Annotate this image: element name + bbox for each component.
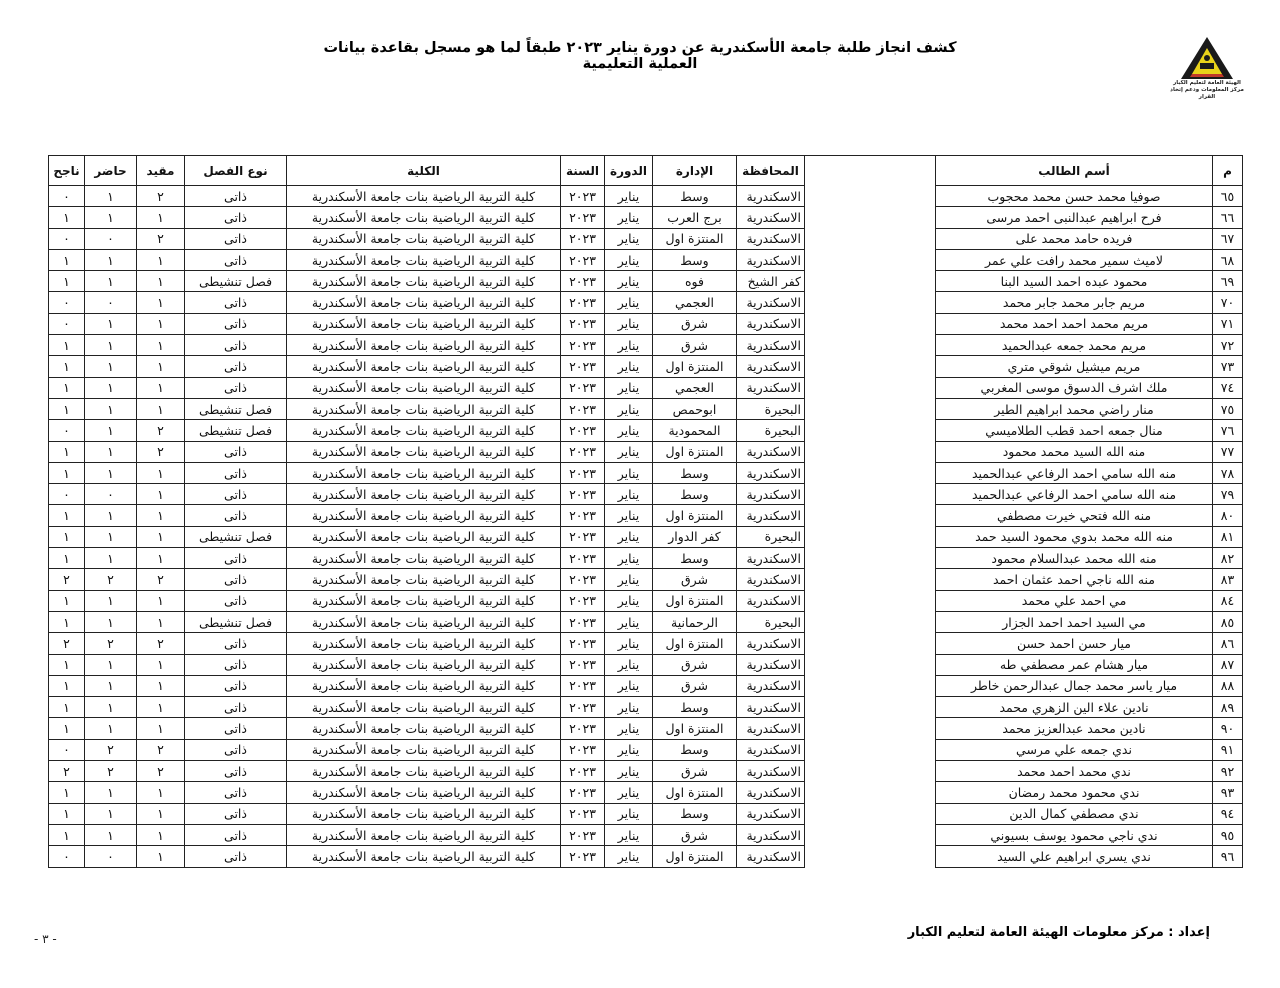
enrolled-count: ١ <box>137 207 185 228</box>
enrolled-count: ٢ <box>137 761 185 782</box>
year: ٢٠٢٣ <box>561 803 605 824</box>
table-row: ٦٨لاميث سمير محمد رافت علي عمرالاسكندرية… <box>49 249 1243 270</box>
administration: المنتزة اول <box>653 633 737 654</box>
class-type: فصل تنشيطى <box>185 526 287 547</box>
governorate: الاسكندرية <box>737 739 805 760</box>
college: كلية التربية الرياضية بنات جامعة الأسكند… <box>287 718 561 739</box>
governorate: البحيرة <box>737 398 805 419</box>
administration: وسط <box>653 548 737 569</box>
enrolled-count: ١ <box>137 249 185 270</box>
enrolled-count: ١ <box>137 803 185 824</box>
session: يناير <box>605 186 653 207</box>
present-count: ١ <box>85 249 137 270</box>
class-type: ذاتى <box>185 462 287 483</box>
table-row: ٩٤ندي مصطفي كمال الدينالاسكندريةوسطيناير… <box>49 803 1243 824</box>
row-num: ٨٣ <box>1213 569 1243 590</box>
class-type: فصل تنشيطى <box>185 420 287 441</box>
present-count: ٠ <box>85 228 137 249</box>
administration: وسط <box>653 462 737 483</box>
row-num: ٩٥ <box>1213 824 1243 845</box>
college: كلية التربية الرياضية بنات جامعة الأسكند… <box>287 377 561 398</box>
year: ٢٠٢٣ <box>561 526 605 547</box>
class-type: ذاتى <box>185 484 287 505</box>
session: يناير <box>605 675 653 696</box>
governorate: الاسكندرية <box>737 335 805 356</box>
college: كلية التربية الرياضية بنات جامعة الأسكند… <box>287 313 561 334</box>
student-name: مريم محمد جمعه عبدالحميد <box>936 335 1213 356</box>
blank-cell <box>805 739 936 760</box>
col-header-college: الكلية <box>287 156 561 186</box>
year: ٢٠٢٣ <box>561 718 605 739</box>
session: يناير <box>605 249 653 270</box>
row-num: ٧٢ <box>1213 335 1243 356</box>
student-name: منه الله محمد عبدالسلام محمود <box>936 548 1213 569</box>
governorate: الاسكندرية <box>737 228 805 249</box>
session: يناير <box>605 356 653 377</box>
table-row: ٦٦فرح ابراهيم عبدالنبى احمد مرسىالاسكندر… <box>49 207 1243 228</box>
governorate: الاسكندرية <box>737 803 805 824</box>
year: ٢٠٢٣ <box>561 420 605 441</box>
blank-cell <box>805 761 936 782</box>
blank-cell <box>805 633 936 654</box>
present-count: ١ <box>85 590 137 611</box>
table-row: ٩١ندي جمعه علي مرسيالاسكندريةوسطيناير٢٠٢… <box>49 739 1243 760</box>
table-row: ٨٨ميار ياسر محمد جمال عبدالرحمن خاطرالاس… <box>49 675 1243 696</box>
row-num: ٨٦ <box>1213 633 1243 654</box>
blank-cell <box>805 292 936 313</box>
college: كلية التربية الرياضية بنات جامعة الأسكند… <box>287 271 561 292</box>
student-name: ندي جمعه علي مرسي <box>936 739 1213 760</box>
administration: المنتزة اول <box>653 356 737 377</box>
college: كلية التربية الرياضية بنات جامعة الأسكند… <box>287 569 561 590</box>
student-name: ندي محمود محمد رمضان <box>936 782 1213 803</box>
row-num: ٧٩ <box>1213 484 1243 505</box>
college: كلية التربية الرياضية بنات جامعة الأسكند… <box>287 824 561 845</box>
student-name: منه الله فتحي خيرت مصطفي <box>936 505 1213 526</box>
class-type: ذاتى <box>185 675 287 696</box>
administration: وسط <box>653 803 737 824</box>
enrolled-count: ١ <box>137 782 185 803</box>
administration: شرق <box>653 675 737 696</box>
governorate: الاسكندرية <box>737 292 805 313</box>
governorate: البحيرة <box>737 611 805 632</box>
row-num: ٩٢ <box>1213 761 1243 782</box>
class-type: ذاتى <box>185 633 287 654</box>
present-count: ١ <box>85 462 137 483</box>
col-header-session: الدورة <box>605 156 653 186</box>
enrolled-count: ٢ <box>137 228 185 249</box>
present-count: ١ <box>85 207 137 228</box>
col-header-name: أسم الطالب <box>936 156 1213 186</box>
present-count: ١ <box>85 548 137 569</box>
administration: المنتزة اول <box>653 505 737 526</box>
blank-cell <box>805 824 936 845</box>
administration: العجمي <box>653 377 737 398</box>
year: ٢٠٢٣ <box>561 611 605 632</box>
row-num: ٧٦ <box>1213 420 1243 441</box>
student-name: ندي ناجي محمود يوسف بسيوني <box>936 824 1213 845</box>
present-count: ١ <box>85 313 137 334</box>
student-name: ندي محمد احمد محمد <box>936 761 1213 782</box>
year: ٢٠٢٣ <box>561 207 605 228</box>
enrolled-count: ١ <box>137 335 185 356</box>
passed-count: ١ <box>49 377 85 398</box>
session: يناير <box>605 697 653 718</box>
college: كلية التربية الرياضية بنات جامعة الأسكند… <box>287 186 561 207</box>
enrolled-count: ١ <box>137 654 185 675</box>
session: يناير <box>605 526 653 547</box>
college: كلية التربية الرياضية بنات جامعة الأسكند… <box>287 590 561 611</box>
row-num: ٧٠ <box>1213 292 1243 313</box>
administration: المنتزة اول <box>653 782 737 803</box>
college: كلية التربية الرياضية بنات جامعة الأسكند… <box>287 228 561 249</box>
row-num: ٧٨ <box>1213 462 1243 483</box>
session: يناير <box>605 271 653 292</box>
year: ٢٠٢٣ <box>561 761 605 782</box>
college: كلية التربية الرياضية بنات جامعة الأسكند… <box>287 462 561 483</box>
present-count: ١ <box>85 782 137 803</box>
table-row: ٧٠مريم جابر محمد جابر محمدالاسكندريةالعج… <box>49 292 1243 313</box>
table-row: ٦٧فريده حامد محمد علىالاسكندريةالمنتزة ا… <box>49 228 1243 249</box>
student-name: نادين علاء الين الزهري محمد <box>936 697 1213 718</box>
college: كلية التربية الرياضية بنات جامعة الأسكند… <box>287 761 561 782</box>
table-header-row: م أسم الطالب المحافظة الإدارة الدورة الس… <box>49 156 1243 186</box>
enrolled-count: ٢ <box>137 186 185 207</box>
class-type: فصل تنشيطى <box>185 611 287 632</box>
session: يناير <box>605 228 653 249</box>
administration: شرق <box>653 335 737 356</box>
year: ٢٠٢٣ <box>561 654 605 675</box>
session: يناير <box>605 803 653 824</box>
year: ٢٠٢٣ <box>561 186 605 207</box>
present-count: ٢ <box>85 569 137 590</box>
student-name: منال جمعه احمد قطب الطلاميسي <box>936 420 1213 441</box>
row-num: ٨٤ <box>1213 590 1243 611</box>
passed-count: ٠ <box>49 484 85 505</box>
year: ٢٠٢٣ <box>561 441 605 462</box>
class-type: ذاتى <box>185 313 287 334</box>
student-name: منه الله السيد محمد محمود <box>936 441 1213 462</box>
student-name: ملك اشرف الدسوق موسى المغربي <box>936 377 1213 398</box>
year: ٢٠٢٣ <box>561 675 605 696</box>
year: ٢٠٢٣ <box>561 377 605 398</box>
administration: وسط <box>653 697 737 718</box>
table-row: ٧٥منار راضي محمد ابراهيم الطيرالبحيرةابو… <box>49 398 1243 419</box>
college: كلية التربية الرياضية بنات جامعة الأسكند… <box>287 697 561 718</box>
class-type: ذاتى <box>185 548 287 569</box>
year: ٢٠٢٣ <box>561 335 605 356</box>
passed-count: ٠ <box>49 846 85 867</box>
present-count: ١ <box>85 398 137 419</box>
student-name: منار راضي محمد ابراهيم الطير <box>936 398 1213 419</box>
present-count: ١ <box>85 505 137 526</box>
row-num: ٦٩ <box>1213 271 1243 292</box>
enrolled-count: ١ <box>137 462 185 483</box>
college: كلية التربية الرياضية بنات جامعة الأسكند… <box>287 654 561 675</box>
blank-cell <box>805 335 936 356</box>
college: كلية التربية الرياضية بنات جامعة الأسكند… <box>287 548 561 569</box>
table-row: ٨٤مي احمد علي محمدالاسكندريةالمنتزة اولي… <box>49 590 1243 611</box>
present-count: ١ <box>85 271 137 292</box>
passed-count: ١ <box>49 654 85 675</box>
administration: شرق <box>653 313 737 334</box>
present-count: ٠ <box>85 292 137 313</box>
college: كلية التربية الرياضية بنات جامعة الأسكند… <box>287 292 561 313</box>
table-row: ٩٢ندي محمد احمد محمدالاسكندريةشرقيناير٢٠… <box>49 761 1243 782</box>
session: يناير <box>605 548 653 569</box>
col-header-passed: ناجح <box>49 156 85 186</box>
year: ٢٠٢٣ <box>561 228 605 249</box>
class-type: ذاتى <box>185 761 287 782</box>
enrolled-count: ١ <box>137 526 185 547</box>
blank-cell <box>805 611 936 632</box>
passed-count: ١ <box>49 526 85 547</box>
student-name: منه الله ناجي احمد عثمان احمد <box>936 569 1213 590</box>
passed-count: ١ <box>49 335 85 356</box>
college: كلية التربية الرياضية بنات جامعة الأسكند… <box>287 505 561 526</box>
session: يناير <box>605 441 653 462</box>
session: يناير <box>605 398 653 419</box>
governorate: كفر الشيخ <box>737 271 805 292</box>
college: كلية التربية الرياضية بنات جامعة الأسكند… <box>287 782 561 803</box>
governorate: الاسكندرية <box>737 484 805 505</box>
administration: وسط <box>653 186 737 207</box>
governorate: الاسكندرية <box>737 697 805 718</box>
student-name: مي السيد احمد احمد الجزار <box>936 611 1213 632</box>
blank-cell <box>805 782 936 803</box>
governorate: الاسكندرية <box>737 718 805 739</box>
row-num: ٧٥ <box>1213 398 1243 419</box>
class-type: ذاتى <box>185 441 287 462</box>
college: كلية التربية الرياضية بنات جامعة الأسكند… <box>287 484 561 505</box>
col-header-blank <box>805 156 936 186</box>
governorate: الاسكندرية <box>737 186 805 207</box>
enrolled-count: ١ <box>137 697 185 718</box>
student-name: ميار هشام عمر مصطفي طه <box>936 654 1213 675</box>
passed-count: ١ <box>49 398 85 419</box>
session: يناير <box>605 590 653 611</box>
session: يناير <box>605 569 653 590</box>
student-name: منه الله سامي احمد الرفاعي عبدالحميد <box>936 462 1213 483</box>
governorate: الاسكندرية <box>737 207 805 228</box>
row-num: ٧١ <box>1213 313 1243 334</box>
row-num: ٨٩ <box>1213 697 1243 718</box>
present-count: ١ <box>85 356 137 377</box>
row-num: ٦٧ <box>1213 228 1243 249</box>
governorate: الاسكندرية <box>737 782 805 803</box>
row-num: ٨٨ <box>1213 675 1243 696</box>
passed-count: ٠ <box>49 420 85 441</box>
enrolled-count: ١ <box>137 548 185 569</box>
blank-cell <box>805 569 936 590</box>
administration: شرق <box>653 654 737 675</box>
governorate: الاسكندرية <box>737 377 805 398</box>
students-table: م أسم الطالب المحافظة الإدارة الدورة الس… <box>48 155 1243 868</box>
college: كلية التربية الرياضية بنات جامعة الأسكند… <box>287 207 561 228</box>
class-type: ذاتى <box>185 207 287 228</box>
student-name: فريده حامد محمد على <box>936 228 1213 249</box>
table-row: ٧٤ملك اشرف الدسوق موسى المغربيالاسكندرية… <box>49 377 1243 398</box>
class-type: فصل تنشيطى <box>185 398 287 419</box>
administration: شرق <box>653 569 737 590</box>
passed-count: ١ <box>49 548 85 569</box>
session: يناير <box>605 313 653 334</box>
passed-count: ١ <box>49 462 85 483</box>
governorate: البحيرة <box>737 420 805 441</box>
present-count: ٢ <box>85 761 137 782</box>
blank-cell <box>805 697 936 718</box>
passed-count: ٢ <box>49 761 85 782</box>
blank-cell <box>805 505 936 526</box>
passed-count: ١ <box>49 271 85 292</box>
row-num: ٨٢ <box>1213 548 1243 569</box>
row-num: ٧٧ <box>1213 441 1243 462</box>
year: ٢٠٢٣ <box>561 590 605 611</box>
class-type: ذاتى <box>185 292 287 313</box>
row-num: ٩٣ <box>1213 782 1243 803</box>
present-count: ١ <box>85 186 137 207</box>
class-type: ذاتى <box>185 335 287 356</box>
row-num: ٨٧ <box>1213 654 1243 675</box>
row-num: ٨٥ <box>1213 611 1243 632</box>
college: كلية التربية الرياضية بنات جامعة الأسكند… <box>287 398 561 419</box>
col-header-num: م <box>1213 156 1243 186</box>
year: ٢٠٢٣ <box>561 739 605 760</box>
col-header-enrolled: مقيد <box>137 156 185 186</box>
table-row: ٧٩منه الله سامي احمد الرفاعي عبدالحميدال… <box>49 484 1243 505</box>
page-title: كشف انجاز طلبة جامعة الأسكندرية عن دورة … <box>300 40 980 72</box>
enrolled-count: ١ <box>137 590 185 611</box>
class-type: ذاتى <box>185 782 287 803</box>
administration: ابوحمص <box>653 398 737 419</box>
blank-cell <box>805 590 936 611</box>
student-name: مريم جابر محمد جابر محمد <box>936 292 1213 313</box>
administration: وسط <box>653 739 737 760</box>
governorate: الاسكندرية <box>737 356 805 377</box>
blank-cell <box>805 654 936 675</box>
student-name: منه الله محمد بدوي محمود السيد حمد <box>936 526 1213 547</box>
year: ٢٠٢٣ <box>561 249 605 270</box>
blank-cell <box>805 186 936 207</box>
enrolled-count: ٢ <box>137 420 185 441</box>
passed-count: ١ <box>49 590 85 611</box>
row-num: ٩١ <box>1213 739 1243 760</box>
table-row: ٨٩نادين علاء الين الزهري محمدالاسكندريةو… <box>49 697 1243 718</box>
college: كلية التربية الرياضية بنات جامعة الأسكند… <box>287 420 561 441</box>
college: كلية التربية الرياضية بنات جامعة الأسكند… <box>287 633 561 654</box>
college: كلية التربية الرياضية بنات جامعة الأسكند… <box>287 356 561 377</box>
present-count: ١ <box>85 441 137 462</box>
student-name: محمود عبده احمد السيد البنا <box>936 271 1213 292</box>
table-body: ٦٥صوفيا محمد حسن محمد محجوبالاسكندريةوسط… <box>49 186 1243 868</box>
year: ٢٠٢٣ <box>561 548 605 569</box>
year: ٢٠٢٣ <box>561 569 605 590</box>
col-header-governorate: المحافظة <box>737 156 805 186</box>
present-count: ١ <box>85 654 137 675</box>
col-header-present: حاضر <box>85 156 137 186</box>
governorate: الاسكندرية <box>737 675 805 696</box>
class-type: ذاتى <box>185 569 287 590</box>
enrolled-count: ٢ <box>137 441 185 462</box>
class-type: ذاتى <box>185 590 287 611</box>
class-type: ذاتى <box>185 697 287 718</box>
table-row: ٩٠نادين محمد عبدالعزيز محمدالاسكندريةالم… <box>49 718 1243 739</box>
table-row: ٨٠منه الله فتحي خيرت مصطفيالاسكندريةالمن… <box>49 505 1243 526</box>
session: يناير <box>605 761 653 782</box>
enrolled-count: ١ <box>137 675 185 696</box>
enrolled-count: ١ <box>137 484 185 505</box>
enrolled-count: ١ <box>137 356 185 377</box>
administration: المحمودية <box>653 420 737 441</box>
session: يناير <box>605 292 653 313</box>
table-row: ٦٩محمود عبده احمد السيد البناكفر الشيخفو… <box>49 271 1243 292</box>
class-type: فصل تنشيطى <box>185 271 287 292</box>
class-type: ذاتى <box>185 228 287 249</box>
col-header-year: السنة <box>561 156 605 186</box>
passed-count: ١ <box>49 441 85 462</box>
administration: شرق <box>653 824 737 845</box>
passed-count: ١ <box>49 675 85 696</box>
session: يناير <box>605 420 653 441</box>
administration: المنتزة اول <box>653 228 737 249</box>
administration: شرق <box>653 761 737 782</box>
present-count: ١ <box>85 335 137 356</box>
passed-count: ١ <box>49 718 85 739</box>
row-num: ٦٨ <box>1213 249 1243 270</box>
year: ٢٠٢٣ <box>561 398 605 419</box>
present-count: ١ <box>85 803 137 824</box>
college: كلية التربية الرياضية بنات جامعة الأسكند… <box>287 739 561 760</box>
enrolled-count: ١ <box>137 377 185 398</box>
table-row: ٧٧منه الله السيد محمد محمودالاسكندريةالم… <box>49 441 1243 462</box>
college: كلية التربية الرياضية بنات جامعة الأسكند… <box>287 441 561 462</box>
governorate: الاسكندرية <box>737 761 805 782</box>
passed-count: ١ <box>49 803 85 824</box>
passed-count: ٠ <box>49 228 85 249</box>
administration: العجمي <box>653 292 737 313</box>
organization-logo: الهيئة العامة لتعليم الكبار مركز المعلوم… <box>1164 36 1250 96</box>
present-count: ١ <box>85 675 137 696</box>
enrolled-count: ١ <box>137 292 185 313</box>
table-row: ٧٨منه الله سامي احمد الرفاعي عبدالحميدال… <box>49 462 1243 483</box>
class-type: ذاتى <box>185 377 287 398</box>
table-row: ٨٣منه الله ناجي احمد عثمان احمدالاسكندري… <box>49 569 1243 590</box>
administration: فوه <box>653 271 737 292</box>
governorate: الاسكندرية <box>737 654 805 675</box>
administration: المنتزة اول <box>653 846 737 867</box>
session: يناير <box>605 207 653 228</box>
passed-count: ٠ <box>49 313 85 334</box>
governorate: الاسكندرية <box>737 313 805 334</box>
class-type: ذاتى <box>185 356 287 377</box>
administration: برج العرب <box>653 207 737 228</box>
administration: وسط <box>653 484 737 505</box>
enrolled-count: ١ <box>137 271 185 292</box>
passed-count: ١ <box>49 249 85 270</box>
logo-caption-center: مركز المعلومات ودعم إتخاذ القرار <box>1164 87 1250 101</box>
year: ٢٠٢٣ <box>561 313 605 334</box>
student-name: ميار ياسر محمد جمال عبدالرحمن خاطر <box>936 675 1213 696</box>
year: ٢٠٢٣ <box>561 356 605 377</box>
year: ٢٠٢٣ <box>561 505 605 526</box>
row-num: ٦٦ <box>1213 207 1243 228</box>
enrolled-count: ١ <box>137 313 185 334</box>
administration: المنتزة اول <box>653 441 737 462</box>
student-name: منه الله سامي احمد الرفاعي عبدالحميد <box>936 484 1213 505</box>
table-row: ٨٢منه الله محمد عبدالسلام محمودالاسكندري… <box>49 548 1243 569</box>
passed-count: ١ <box>49 782 85 803</box>
passed-count: ١ <box>49 824 85 845</box>
